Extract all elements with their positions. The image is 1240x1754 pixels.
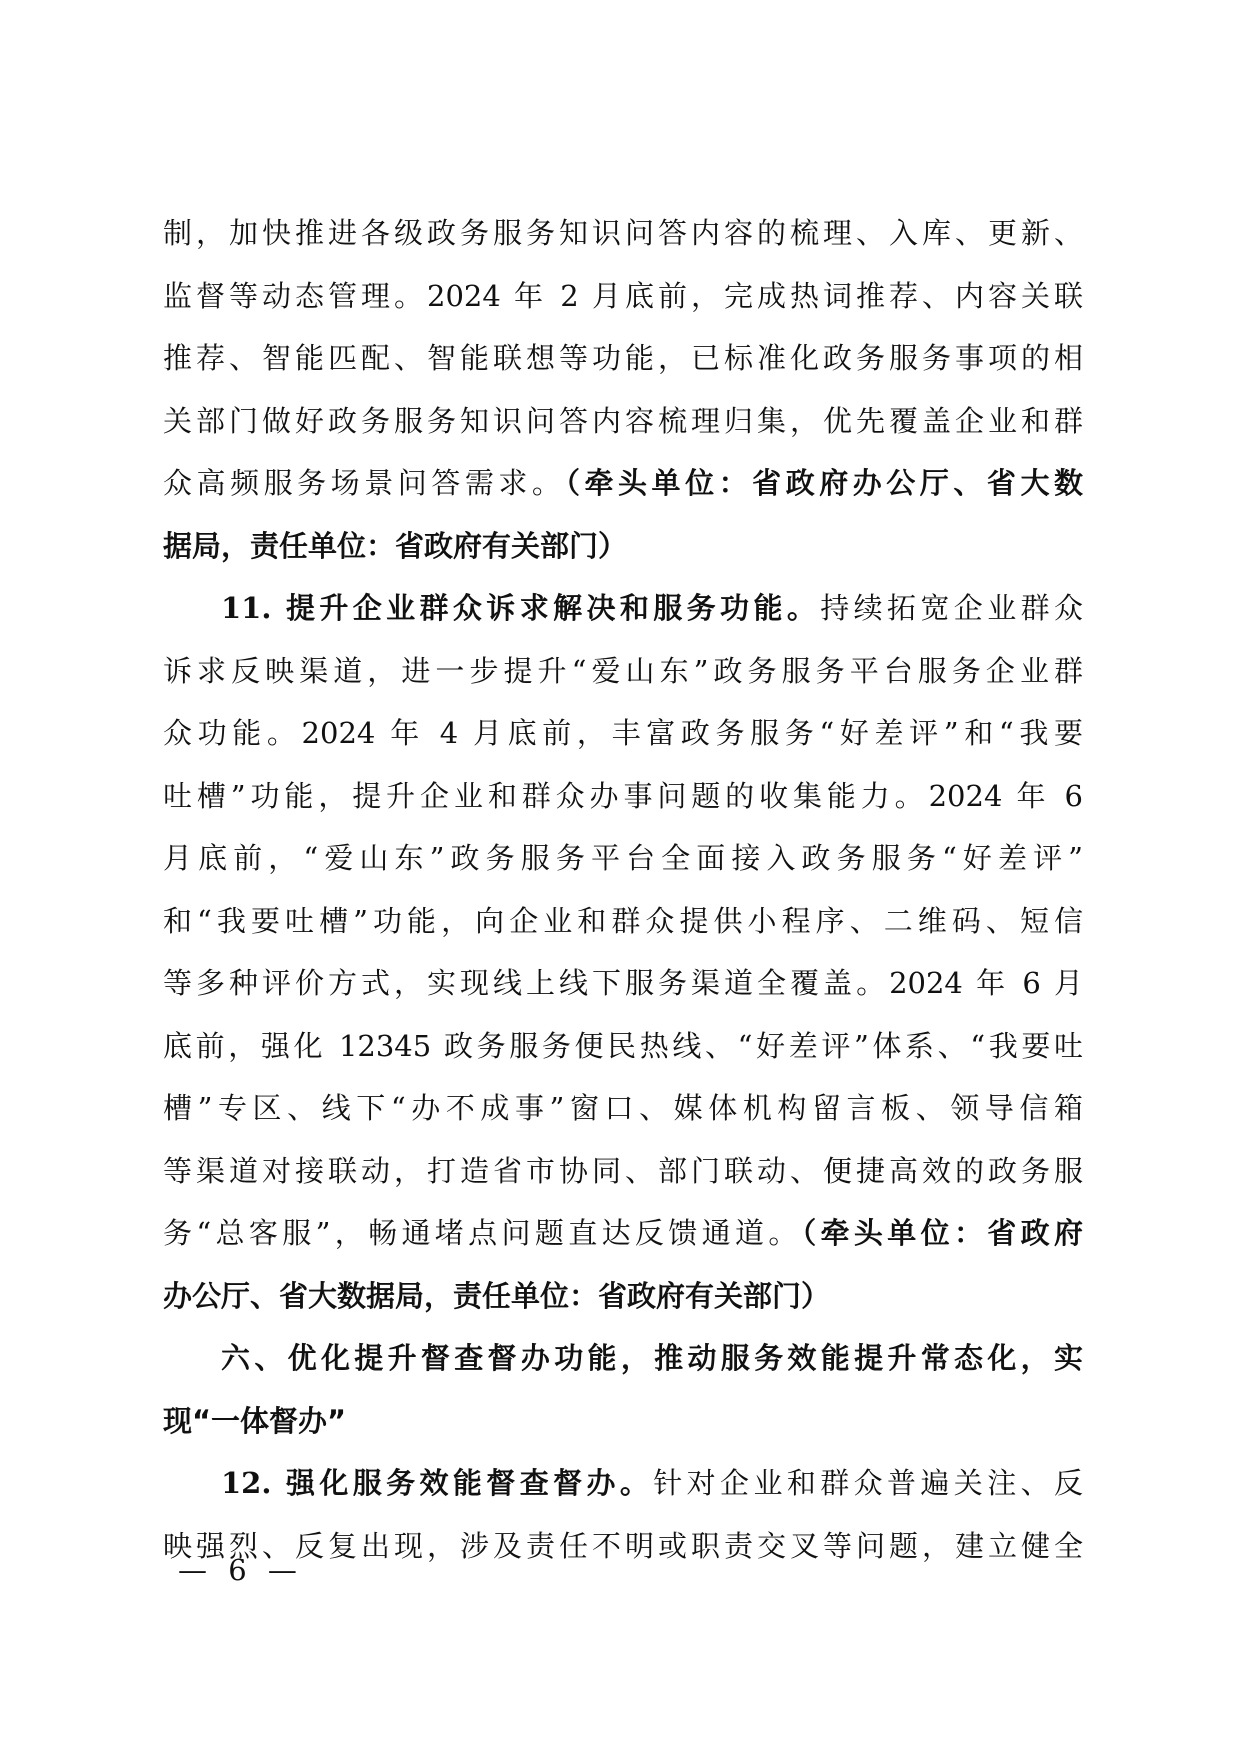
text-line: 办公厅、省大数据局，责任单位：省政府有关部门） [163, 1265, 1083, 1328]
text-line: 吐槽”功能，提升企业和群众办事问题的收集能力。2024 年 6 [163, 765, 1083, 828]
text-line: 和“我要吐槽”功能，向企业和群众提供小程序、二维码、短信 [163, 890, 1083, 953]
text-line: 等多种评价方式，实现线上线下服务渠道全覆盖。2024 年 6 月 [163, 952, 1083, 1015]
text-line: 众功能。2024 年 4 月底前，丰富政务服务“好差评”和“我要 [163, 702, 1083, 765]
text-line: 诉求反映渠道，进一步提升“爱山东”政务服务平台服务企业群 [163, 640, 1083, 703]
page-number: — 6 — [178, 1553, 303, 1587]
responsible-units: 据局，责任单位：省政府有关部门） [163, 529, 627, 563]
item-11-title-line: 11. 提升企业群众诉求解决和服务功能。持续拓宽企业群众 [163, 577, 1083, 640]
body-text: 持续拓宽企业群众 [820, 591, 1083, 625]
text-line: 推荐、智能匹配、智能联想等功能，已标准化政务服务事项的相 [163, 327, 1083, 390]
text-line: 等渠道对接联动，打造省市协同、部门联动、便捷高效的政务服 [163, 1140, 1083, 1203]
document-page: 制，加快推进各级政务服务知识问答内容的梳理、入库、更新、 监督等动态管理。202… [163, 202, 1083, 1577]
body-text: 务“总客服”，畅通堵点问题直达反馈通道。 [163, 1216, 802, 1250]
text-line: 关部门做好政务服务知识问答内容梳理归集，优先覆盖企业和群 [163, 390, 1083, 453]
responsible-units: （牵头单位：省政府 [802, 1216, 1083, 1250]
text-line: 众高频服务场景问答需求。（牵头单位：省政府办公厅、省大数 [163, 452, 1083, 515]
text-line: 槽”专区、线下“办不成事”窗口、媒体机构留言板、领导信箱 [163, 1077, 1083, 1140]
body-text: 针对企业和群众普遍关注、反 [653, 1466, 1083, 1500]
section-heading: 现“一体督办” [163, 1390, 1083, 1453]
text-line: 制，加快推进各级政务服务知识问答内容的梳理、入库、更新、 [163, 202, 1083, 265]
item-title: 12. 强化服务效能督查督办。 [221, 1466, 653, 1500]
text-line: 务“总客服”，畅通堵点问题直达反馈通道。（牵头单位：省政府 [163, 1202, 1083, 1265]
item-12-title-line: 12. 强化服务效能督查督办。针对企业和群众普遍关注、反 [163, 1452, 1083, 1515]
text-line: 据局，责任单位：省政府有关部门） [163, 515, 1083, 578]
text-line: 监督等动态管理。2024 年 2 月底前，完成热词推荐、内容关联 [163, 265, 1083, 328]
text-line: 月底前，“爱山东”政务服务平台全面接入政务服务“好差评” [163, 827, 1083, 890]
responsible-units: 办公厅、省大数据局，责任单位：省政府有关部门） [163, 1279, 830, 1313]
responsible-units: （牵头单位：省政府办公厅、省大数 [565, 466, 1083, 500]
section-heading: 六、优化提升督查督办功能，推动服务效能提升常态化，实 [163, 1327, 1083, 1390]
body-text: 众高频服务场景问答需求。 [163, 466, 565, 500]
item-title: 11. 提升企业群众诉求解决和服务功能。 [221, 591, 820, 625]
text-line: 底前，强化 12345 政务服务便民热线、“好差评”体系、“我要吐 [163, 1015, 1083, 1078]
